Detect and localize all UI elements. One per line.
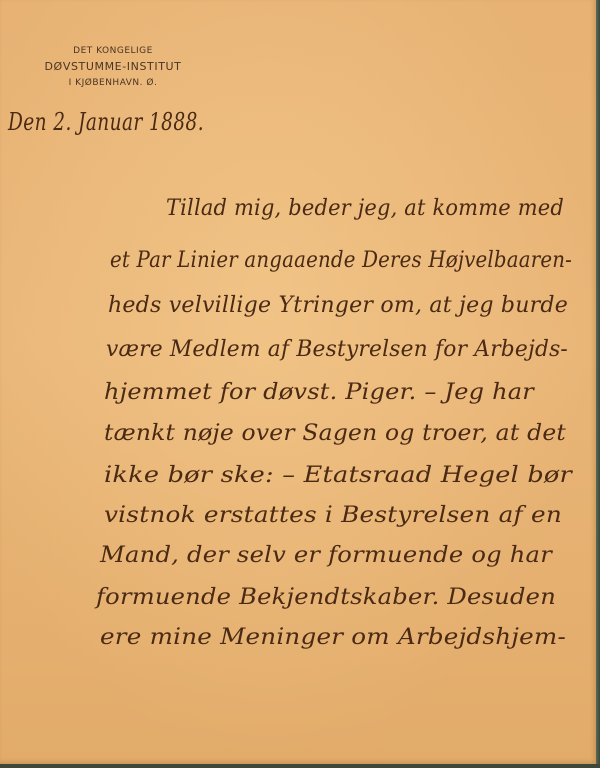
body-line-6: tænkt nøje over Sagen og troer, at det xyxy=(104,421,566,446)
body-line-7: ikke bør ske: – Etatsraad Hegel bør xyxy=(104,463,572,488)
letter-date: Den 2. Januar 1888. xyxy=(8,108,204,136)
body-line-10: formuende Bekjendtskaber. Desuden xyxy=(96,585,556,610)
body-line-8: vistnok erstattes i Bestyrelsen af en xyxy=(104,503,562,528)
body-line-2: et Par Linier angaaende Deres Højvelbaar… xyxy=(110,248,572,273)
scan-edge-right xyxy=(596,0,600,768)
body-line-9: Mand, der selv er formuende og har xyxy=(100,543,552,568)
letterhead-location: I KJØBENHAVN. Ø. xyxy=(28,76,198,90)
body-line-5: hjemmet for døvst. Piger. – Jeg har xyxy=(104,380,534,405)
letterhead: DET KONGELIGE DØVSTUMME-INSTITUT I KJØBE… xyxy=(28,44,198,90)
body-line-1: Tillad mig, beder jeg, at komme med xyxy=(166,196,564,221)
body-line-4: være Medlem af Bestyrelsen for Arbejds- xyxy=(106,337,568,362)
body-line-3: heds velvillige Ytringer om, at jeg burd… xyxy=(108,293,568,318)
scan-edge-bottom xyxy=(0,764,600,768)
letter-paper: DET KONGELIGE DØVSTUMME-INSTITUT I KJØBE… xyxy=(0,0,596,764)
body-line-11: ere mine Meninger om Arbejdshjem- xyxy=(100,625,566,650)
letterhead-line-1: DET KONGELIGE xyxy=(28,44,198,58)
letterhead-institution: DØVSTUMME-INSTITUT xyxy=(28,58,198,76)
